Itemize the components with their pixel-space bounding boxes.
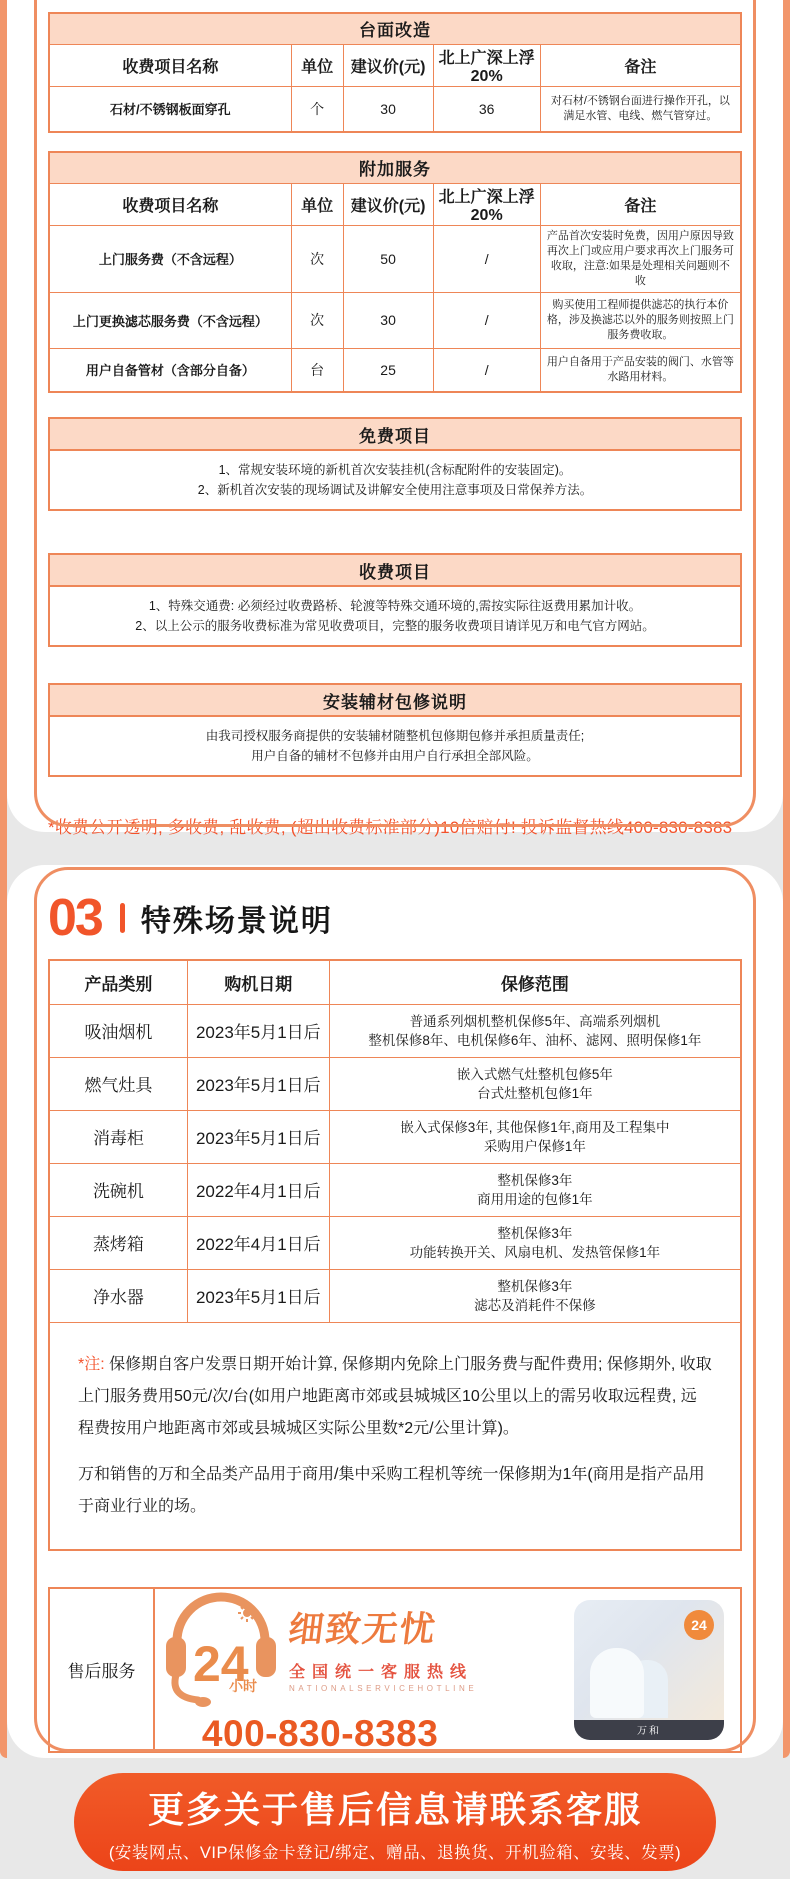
service-slogan: 细致无忧 bbox=[286, 1602, 480, 1652]
warranty-date: 2023年5月1日后 bbox=[187, 1057, 329, 1110]
fee-item-surcharge: / bbox=[433, 292, 540, 348]
contact-service-button-subtitle: (安装网点、VIP保修金卡登记/绑定、赠品、退换货、开机验箱、安装、发票) bbox=[109, 1839, 681, 1863]
countertop-header-row: 收费项目名称 单位 建议价(元) 北上广深上浮20% 备注 bbox=[49, 44, 741, 86]
photo-brand-label: 万和 bbox=[574, 1720, 724, 1740]
after-sales-label: 售后服务 bbox=[50, 1589, 155, 1751]
table-row: 洗碗机 2022年4月1日后 整机保修3年 商用用途的包修1年 bbox=[49, 1163, 741, 1216]
warranty-scope: 嵌入式保修3年, 其他保修1年,商用及工程集中 采购用户保修1年 bbox=[329, 1110, 741, 1163]
paid-items-title: 收费项目 bbox=[50, 555, 740, 587]
install-material-title: 安装辅材包修说明 bbox=[50, 685, 740, 717]
page-right-edge bbox=[783, 0, 790, 1758]
fee-item-price: 25 bbox=[343, 348, 433, 392]
page-left-edge bbox=[0, 0, 7, 1758]
complaint-hotline-note: *收费公开透明, 多收费, 乱收费, (超出收费标准部分)10倍赔付! 投诉监督… bbox=[48, 813, 742, 838]
free-items-box: 免费项目 1、常规安装环境的新机首次安装挂机(含标配附件的安装固定)。 2、新机… bbox=[48, 417, 742, 511]
warranty-date: 2023年5月1日后 bbox=[187, 1004, 329, 1057]
warranty-scope: 嵌入式燃气灶整机包修5年 台式灶整机包修1年 bbox=[329, 1057, 741, 1110]
install-material-line: 由我司授权服务商提供的安装辅材随整机包修期包修并承担质量责任; bbox=[206, 726, 584, 746]
free-items-line: 1、常规安装环境的新机首次安装挂机(含标配附件的安装固定)。 bbox=[219, 460, 572, 480]
warranty-note-paragraph: *注: 保修期自客户发票日期开始计算, 保修期内免除上门服务费与配件费用; 保修… bbox=[78, 1349, 712, 1445]
fee-item-remark: 用户自备用于产品安装的阀门、水管等水路用材料。 bbox=[540, 348, 741, 392]
hotline-label-en: NATIONALSERVICEHOTLINE bbox=[289, 1684, 477, 1693]
warranty-category: 净水器 bbox=[49, 1269, 187, 1322]
col-header-scope: 保修范围 bbox=[329, 960, 741, 1004]
table-row: 燃气灶具 2023年5月1日后 嵌入式燃气灶整机包修5年 台式灶整机包修1年 bbox=[49, 1057, 741, 1110]
additional-table-title-row: 附加服务 bbox=[49, 152, 741, 183]
hotline-phone-number[interactable]: 400-830-8383 bbox=[202, 1713, 438, 1755]
after-sales-photo: 24 万和 bbox=[574, 1600, 724, 1740]
table-row: 上门服务费（不含远程） 次 50 / 产品首次安装时免费，因用户原因导致再次上门… bbox=[49, 225, 741, 292]
countertop-table: 台面改造 收费项目名称 单位 建议价(元) 北上广深上浮20% 备注 石材/不锈… bbox=[48, 12, 742, 133]
free-items-line: 2、新机首次安装的现场调试及讲解安全使用注意事项及日常保养方法。 bbox=[198, 480, 592, 500]
fee-item-surcharge: 36 bbox=[433, 86, 540, 132]
fee-item-remark: 购买使用工程师提供滤芯的执行本价格，涉及换滤芯以外的服务则按照上门服务费收取。 bbox=[540, 292, 741, 348]
warranty-date: 2023年5月1日后 bbox=[187, 1269, 329, 1322]
fee-item-unit: 台 bbox=[291, 348, 343, 392]
fee-item-name: 用户自备管材（含部分自备） bbox=[49, 348, 291, 392]
col-header-date: 购机日期 bbox=[187, 960, 329, 1004]
service-hotline-logo: 24 小时 细致无忧 全国统一客服热线 NATIONALSERVICEHOTLI… bbox=[163, 1585, 477, 1755]
warranty-note-paragraph: 万和销售的万和全品类产品用于商用/集中采购工程机等统一保修期为1年(商用是指产品… bbox=[78, 1459, 712, 1523]
section-number: 03 bbox=[48, 892, 102, 944]
fee-item-name: 上门更换滤芯服务费（不含远程） bbox=[49, 292, 291, 348]
warranty-category: 燃气灶具 bbox=[49, 1057, 187, 1110]
contact-service-button-title: 更多关于售后信息请联系客服 bbox=[148, 1782, 642, 1833]
fee-item-unit: 次 bbox=[291, 225, 343, 292]
additional-service-table: 附加服务 收费项目名称 单位 建议价(元) 北上广深上浮20% 备注 上门服务费… bbox=[48, 151, 742, 393]
headset-24h-icon: 24 小时 bbox=[163, 1585, 281, 1711]
free-items-title: 免费项目 bbox=[50, 419, 740, 451]
additional-table-title: 附加服务 bbox=[49, 152, 741, 183]
warranty-scope: 整机保修3年 功能转换开关、风扇电机、发热管保修1年 bbox=[329, 1216, 741, 1269]
warranty-table: 产品类别 购机日期 保修范围 吸油烟机 2023年5月1日后 普通系列烟机整机保… bbox=[48, 959, 742, 1551]
table-row: 消毒柜 2023年5月1日后 嵌入式保修3年, 其他保修1年,商用及工程集中 采… bbox=[49, 1110, 741, 1163]
col-header-unit: 单位 bbox=[291, 44, 343, 86]
fee-item-name: 石材/不锈钢板面穿孔 bbox=[49, 86, 291, 132]
col-header-name: 收费项目名称 bbox=[49, 44, 291, 86]
fee-item-surcharge: / bbox=[433, 348, 540, 392]
fee-item-price: 30 bbox=[343, 292, 433, 348]
countertop-table-title: 台面改造 bbox=[49, 13, 741, 44]
warranty-header-row: 产品类别 购机日期 保修范围 bbox=[49, 960, 741, 1004]
fee-standard-card: 台面改造 收费项目名称 单位 建议价(元) 北上广深上浮20% 备注 石材/不锈… bbox=[7, 0, 783, 832]
warranty-category: 蒸烤箱 bbox=[49, 1216, 187, 1269]
paid-items-box: 收费项目 1、特殊交通费: 必须经过收费路桥、轮渡等特殊交通环境的,需按实际往返… bbox=[48, 553, 742, 647]
warranty-date: 2022年4月1日后 bbox=[187, 1216, 329, 1269]
col-header-unit: 单位 bbox=[291, 183, 343, 225]
paid-items-line: 2、以上公示的服务收费标准为常见收费项目，完整的服务收费项目请详见万和电气官方网… bbox=[135, 616, 654, 636]
warranty-date: 2022年4月1日后 bbox=[187, 1163, 329, 1216]
col-header-surcharge: 北上广深上浮20% bbox=[433, 183, 540, 225]
fee-item-surcharge: / bbox=[433, 225, 540, 292]
warranty-category: 消毒柜 bbox=[49, 1110, 187, 1163]
fee-item-remark: 对石材/不锈钢台面进行操作开孔，以满足水管、电线、燃气管穿过。 bbox=[540, 86, 741, 132]
countertop-table-title-row: 台面改造 bbox=[49, 13, 741, 44]
section-header: 03 特殊场景说明 bbox=[48, 889, 742, 947]
warranty-note-row: *注: 保修期自客户发票日期开始计算, 保修期内免除上门服务费与配件费用; 保修… bbox=[49, 1322, 741, 1550]
col-header-remark: 备注 bbox=[540, 183, 741, 225]
photo-24h-badge: 24 bbox=[684, 1610, 714, 1640]
table-row: 蒸烤箱 2022年4月1日后 整机保修3年 功能转换开关、风扇电机、发热管保修1… bbox=[49, 1216, 741, 1269]
photo-person-figure bbox=[590, 1648, 644, 1718]
table-row: 吸油烟机 2023年5月1日后 普通系列烟机整机保修5年、高端系列烟机 整机保修… bbox=[49, 1004, 741, 1057]
additional-header-row: 收费项目名称 单位 建议价(元) 北上广深上浮20% 备注 bbox=[49, 183, 741, 225]
warranty-category: 吸油烟机 bbox=[49, 1004, 187, 1057]
install-material-box: 安装辅材包修说明 由我司授权服务商提供的安装辅材随整机包修期包修并承担质量责任;… bbox=[48, 683, 742, 777]
section-title: 特殊场景说明 bbox=[141, 896, 333, 940]
warranty-scope: 整机保修3年 滤芯及消耗件不保修 bbox=[329, 1269, 741, 1322]
fee-item-remark: 产品首次安装时免费，因用户原因导致再次上门或应用户要求再次上门服务可收取，注意:… bbox=[540, 225, 741, 292]
col-header-price: 建议价(元) bbox=[343, 183, 433, 225]
install-material-line: 用户自备的辅材不包修并由用户自行承担全部风险。 bbox=[251, 746, 539, 766]
col-header-price: 建议价(元) bbox=[343, 44, 433, 86]
warranty-category: 洗碗机 bbox=[49, 1163, 187, 1216]
table-row: 石材/不锈钢板面穿孔 个 30 36 对石材/不锈钢台面进行操作开孔，以满足水管… bbox=[49, 86, 741, 132]
warranty-scope: 普通系列烟机整机保修5年、高端系列烟机 整机保修8年、电机保修6年、油杯、滤网、… bbox=[329, 1004, 741, 1057]
col-header-category: 产品类别 bbox=[49, 960, 187, 1004]
hotline-label: 全国统一客服热线 bbox=[289, 1659, 477, 1682]
table-row: 净水器 2023年5月1日后 整机保修3年 滤芯及消耗件不保修 bbox=[49, 1269, 741, 1322]
fee-item-price: 30 bbox=[343, 86, 433, 132]
note-label: *注: bbox=[78, 1356, 105, 1373]
table-row: 用户自备管材（含部分自备） 台 25 / 用户自备用于产品安装的阀门、水管等水路… bbox=[49, 348, 741, 392]
warranty-note: *注: 保修期自客户发票日期开始计算, 保修期内免除上门服务费与配件费用; 保修… bbox=[49, 1322, 741, 1550]
contact-service-button[interactable]: 更多关于售后信息请联系客服 (安装网点、VIP保修金卡登记/绑定、赠品、退换货、… bbox=[74, 1773, 716, 1871]
col-header-remark: 备注 bbox=[540, 44, 741, 86]
col-header-surcharge: 北上广深上浮20% bbox=[433, 44, 540, 86]
fee-item-unit: 次 bbox=[291, 292, 343, 348]
table-row: 上门更换滤芯服务费（不含远程） 次 30 / 购买使用工程师提供滤芯的执行本价格… bbox=[49, 292, 741, 348]
special-scene-card: 03 特殊场景说明 产品类别 购机日期 保修范围 吸油烟机 2023年5月1日后… bbox=[7, 865, 783, 1758]
after-sales-box: 售后服务 24 小时 bbox=[48, 1587, 742, 1753]
fee-item-unit: 个 bbox=[291, 86, 343, 132]
logo-text-block: 细致无忧 全国统一客服热线 NATIONALSERVICEHOTLINE bbox=[289, 1602, 477, 1693]
svg-text:小时: 小时 bbox=[229, 1678, 257, 1694]
section-divider-bar bbox=[120, 903, 125, 933]
fee-item-name: 上门服务费（不含远程） bbox=[49, 225, 291, 292]
paid-items-line: 1、特殊交通费: 必须经过收费路桥、轮渡等特殊交通环境的,需按实际往返费用累加计… bbox=[149, 596, 641, 616]
warranty-scope: 整机保修3年 商用用途的包修1年 bbox=[329, 1163, 741, 1216]
col-header-name: 收费项目名称 bbox=[49, 183, 291, 225]
fee-item-price: 50 bbox=[343, 225, 433, 292]
warranty-date: 2023年5月1日后 bbox=[187, 1110, 329, 1163]
